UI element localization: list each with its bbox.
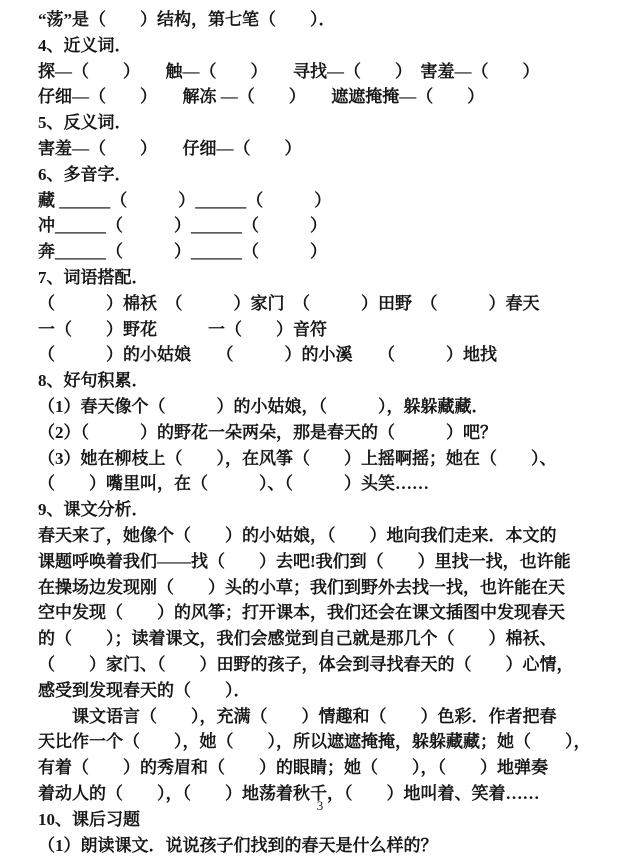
- paragraph-line: 的（ ）；读着课文，我们会感觉到自己就是那几个（ ）棉袄、: [38, 626, 604, 652]
- paragraph-line: 感受到发现春天的（ ）．: [38, 678, 604, 704]
- section-heading-analysis: 9、课文分析．: [38, 497, 604, 523]
- exercise-line: 探—（ ） 触—（ ） 寻找—（ ） 害羞—（ ）: [38, 59, 604, 85]
- paragraph-line: 春天来了，她像个（ ）的小姑娘，（ ）地向我们走来．本文的: [38, 523, 604, 549]
- section-heading-collocation: 7、词语搭配．: [38, 265, 604, 291]
- exercise-line: （ ）的小姑娘 （ ）的小溪 （ ）地找: [38, 342, 604, 368]
- paragraph-line: 课题呼唤着我们——找（ ）去吧!我们到（ ）里找一找，也许能: [38, 549, 604, 575]
- worksheet-page: “荡”是（ ）结构，第七笔（ ）． 4、近义词． 探—（ ） 触—（ ） 寻找—…: [0, 0, 640, 860]
- exercise-line: 仔细—（ ） 解冻 —（ ） 遮遮掩掩—（ ）: [38, 84, 604, 110]
- section-heading-antonyms: 5、反义词．: [38, 110, 604, 136]
- exercise-line: （3）她在柳枝上（ ），在风筝（ ）上摇啊摇；她在（ ）、: [38, 446, 604, 472]
- paragraph-line: 有着（ ）的秀眉和（ ）的眼睛；她（ ），（ ）地弹奏: [38, 755, 604, 781]
- intro-fill-blank-line: “荡”是（ ）结构，第七笔（ ）．: [38, 7, 604, 33]
- exercise-line: 藏 ______（ ）______（ ）: [38, 188, 604, 214]
- exercise-line: （2）（ ）的野花一朵两朵，那是春天的（ ）吧？: [38, 420, 604, 446]
- exercise-line: 害羞—（ ） 仔细—（ ）: [38, 136, 604, 162]
- exercise-line: 奔______（ ）______（ ）: [38, 239, 604, 265]
- paragraph-line: 空中发现（ ）的风筝；打开课本，我们还会在课文插图中发现春天: [38, 600, 604, 626]
- exercise-line: （1）朗读课文．说说孩子们找到的春天是什么样的？: [38, 833, 604, 859]
- section-heading-sentences: 8、好句积累．: [38, 368, 604, 394]
- paragraph-line: 课文语言（ ），充满（ ）情趣和（ ）色彩．作者把春: [38, 704, 604, 730]
- page-number: 3: [0, 798, 640, 814]
- exercise-line: 冲______（ ）______（ ）: [38, 213, 604, 239]
- paragraph-line: 天比作一个（ ），她（ ），所以遮遮掩掩，躲躲藏藏；她（ ），: [38, 729, 604, 755]
- exercise-line: （1）春天像个（ ）的小姑娘，（ ），躲躲藏藏．: [38, 394, 604, 420]
- paragraph-line: 在操场边发现刚（ ）头的小草；我们到野外去找一找，也许能在天: [38, 575, 604, 601]
- exercise-line: （ ）嘴里叫，在（ ）、（ ）头笑……: [38, 471, 604, 497]
- section-heading-synonyms: 4、近义词．: [38, 33, 604, 59]
- exercise-line: 一（ ）野花 一（ ）音符: [38, 317, 604, 343]
- paragraph-line: （ ）家门、（ ）田野的孩子，体会到寻找春天的（ ）心情，: [38, 652, 604, 678]
- section-heading-polyphonic: 6、多音字．: [38, 162, 604, 188]
- exercise-line: （ ）棉袄 （ ）家门 （ ）田野 （ ）春天: [38, 291, 604, 317]
